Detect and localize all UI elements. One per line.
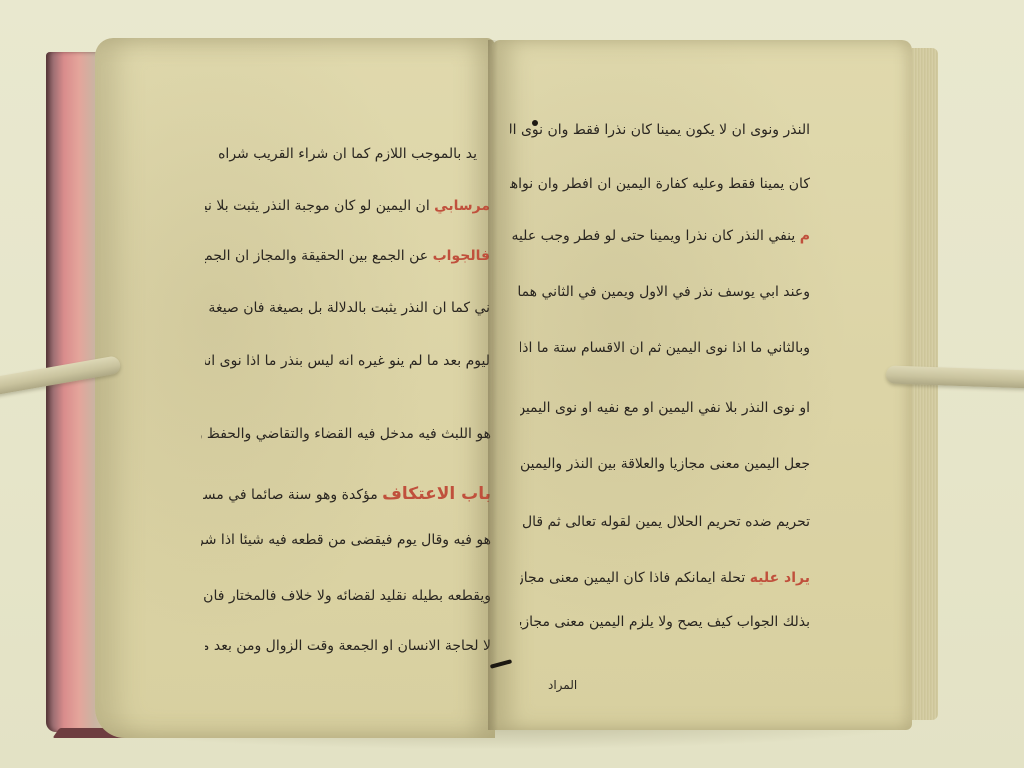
catchword: المراد (548, 678, 577, 692)
left-line-5: ليوم بعد ما لم ينو غيره انه ليس بنذر ما … (205, 353, 490, 369)
left-line-7: باب الاعتكاف مؤكدة وهو سنة صائما في مسجد (203, 484, 491, 504)
right-line-5: وبالثاني ما اذا نوى اليمين ثم ان الاقسام… (520, 340, 810, 356)
right-line-3: م ينفي النذر كان نذرا ويمينا حتى لو فطر … (510, 228, 810, 244)
left-line-9: ويقطعه بطيله نقليد لقضائه ولا خلاف فالمخ… (199, 588, 491, 604)
right-line-10: بذلك الجواب كيف يصح ولا يلزم اليمين معنى… (520, 614, 810, 630)
left-line-1: يد بالموجب اللازم كما ان شراء القريب شرا… (215, 146, 477, 162)
right-line-2: كان يمينا فقط وعليه كفارة اليمين ان افطر… (510, 176, 810, 192)
right-line-6: او نوى النذر بلا نفي اليمين او مع نفيه ا… (520, 400, 810, 416)
right-line-9: يراد عليه تحلة ايمانكم فاذا كان اليمين م… (520, 570, 810, 586)
left-line-4: ني كما ان النذر يثبت بالدلالة بل بصيغة ف… (205, 300, 490, 316)
manuscript-photo: يد بالموجب اللازم كما ان شراء القريب شرا… (0, 0, 1024, 768)
left-line-8: هو فيه وقال يوم فيقضى من قطعه فيه شيئا ا… (201, 532, 491, 548)
right-line-1: النذر ونوى ان لا يكون يمينا كان نذرا فقط… (510, 122, 810, 138)
right-line-4: وعند ابي يوسف نذر في الاول ويمين في الثا… (514, 284, 810, 300)
left-line-2: مرسابي ان اليمين لو كان موجبة النذر يثبت… (205, 198, 490, 214)
right-page: النذر ونوى ان لا يكون يمينا كان نذرا فقط… (492, 40, 912, 730)
right-line-8: تحريم ضده تحريم الحلال يمين لقوله تعالى … (520, 514, 810, 530)
left-line-10: لا لحاجة الانسان او الجمعة وقت الزوال وم… (205, 638, 491, 654)
right-line-7: جعل اليمين معنى مجازيا والعلاقة بين النذ… (520, 456, 810, 472)
left-line-3: فالجواب عن الجمع بين الحقيقة والمجاز ان … (205, 248, 490, 264)
book-gutter (488, 40, 498, 730)
left-page: يد بالموجب اللازم كما ان شراء القريب شرا… (95, 38, 495, 738)
left-line-6: هو اللبث فيه مدخل فيه القضاء والتقاضي وا… (201, 426, 491, 442)
